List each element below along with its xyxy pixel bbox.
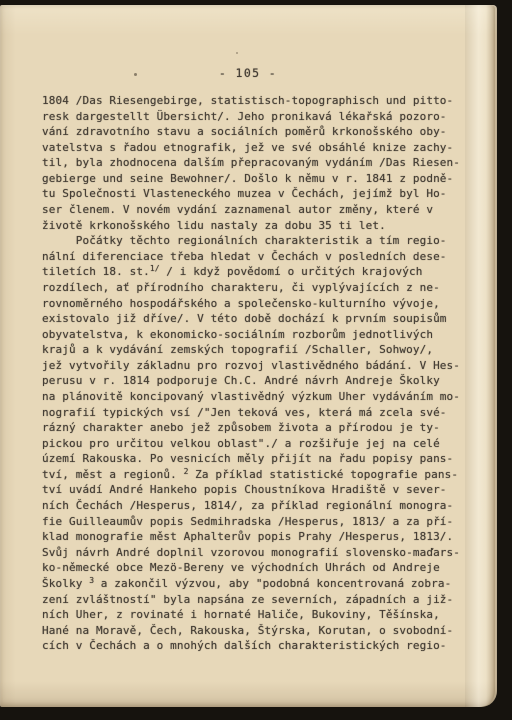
typewritten-line: zení zvláštností" byla napsána ze severn… [42,592,462,608]
typewritten-line: ních Uher, z rovinaté i hornaté Haliče, … [42,607,462,623]
typewritten-line: gebierge und seine Bewohner/. Došlo k ně… [42,171,462,187]
line-text: tví, měst a regionů. [42,468,184,481]
scanned-page-background: { "scan": { "page_number": "- 105 -", "b… [0,0,512,720]
typewritten-line: ních Čechách /Hesperus, 1814/, za příkla… [42,498,462,514]
typewritten-line: Počátky těchto regionálních charakterist… [42,233,462,249]
typewritten-line: životě krkonošského lidu nastaly za dobu… [42,218,462,234]
typewritten-line: existovalo již dříve/. V této době dochá… [42,311,462,327]
typewritten-line: perusu v r. 1814 podporuje Ch.C. André n… [42,373,462,389]
typewritten-line: Svůj návrh André doplnil vzorovou monogr… [42,545,462,561]
typewritten-line: území Rakouska. Po vesnicích měly přijít… [42,451,462,467]
line-text: / i když povědomí o určitých krajových [160,265,423,278]
page-body: 1804 /Das Riesengebirge, statistisch-top… [42,93,462,654]
line-text: tiletích 18. st. [42,265,150,278]
footnote-marker: 1/ [150,264,160,273]
footnote-marker: 3 [89,576,94,585]
paper-sheet: - 105 - 1804 /Das Riesengebirge, statist… [0,5,497,707]
typewritten-line: vání zdravotního stavu a sociálních pomě… [42,124,462,140]
typewritten-line: rázný charakter anebo jež způsobem život… [42,420,462,436]
typewritten-line: til, byla zhodnocena dalším přepracovaný… [42,155,462,171]
typewritten-line: nografií typických vsí /"Jen teková ves,… [42,405,462,421]
typewritten-line: ser členem. V novém vydání zaznamenal au… [42,202,462,218]
typewritten-line: resk dargestellt Übersicht/. Jeho pronik… [42,109,462,125]
typewritten-line: pickou pro určitou velkou oblast"./ a ro… [42,436,462,452]
typewritten-line: krajů a k vydávání zemských topografií /… [42,342,462,358]
typewritten-line: vatelstva s řadou etnografik, jež ve své… [42,140,462,156]
page-number: - 105 - [42,66,454,80]
typewritten-line: cích v Čechách a o mnohých dalších chara… [42,638,462,654]
typewritten-line: 1804 /Das Riesengebirge, statistisch-top… [42,93,462,109]
typewritten-line: tu Společnosti Vlasteneckého muzea v Čec… [42,186,462,202]
typewritten-line: tví uvádí André Hankeho popis Choustníko… [42,482,462,498]
typewritten-line: Hané na Moravě, Čech, Rakouska, Štýrska,… [42,623,462,639]
typewritten-line: rovnoměrného hospodářského a společensko… [42,296,462,312]
typewritten-line: tiletích 18. st.1/ / i když povědomí o u… [42,264,462,280]
typewritten-line: jež vytvořily základnu pro rozvoj vlasti… [42,358,462,374]
scan-speck [236,52,238,54]
typewritten-line: obyvatelstva, k ekonomicko-sociálním roz… [42,327,462,343]
typewritten-line: fie Guilleaumův popis Sedmihradska /Hesp… [42,514,462,530]
line-text: Za příklad statistické topografie pans- [188,468,458,481]
footnote-marker: 2 [184,467,189,476]
typewritten-line: nální diferenciace třeba hledat v Čechác… [42,249,462,265]
typewritten-line: na plánovitě koncipovaný vlastivědný výz… [42,389,462,405]
line-text: a zakončil výzvou, aby "podobná koncentr… [94,577,451,590]
typewritten-line: ko-německé obce Mezö-Bereny ve východníc… [42,560,462,576]
line-text: Školky [42,577,89,590]
typewritten-line: rozdílech, ať přírodního charakteru, či … [42,280,462,296]
typewritten-line: Školky 3 a zakončil výzvou, aby "podobná… [42,576,462,592]
typewritten-line: tví, měst a regionů. 2 Za příklad statis… [42,467,462,483]
typewritten-line: klad monografie měst Aphalterův popis Pr… [42,529,462,545]
